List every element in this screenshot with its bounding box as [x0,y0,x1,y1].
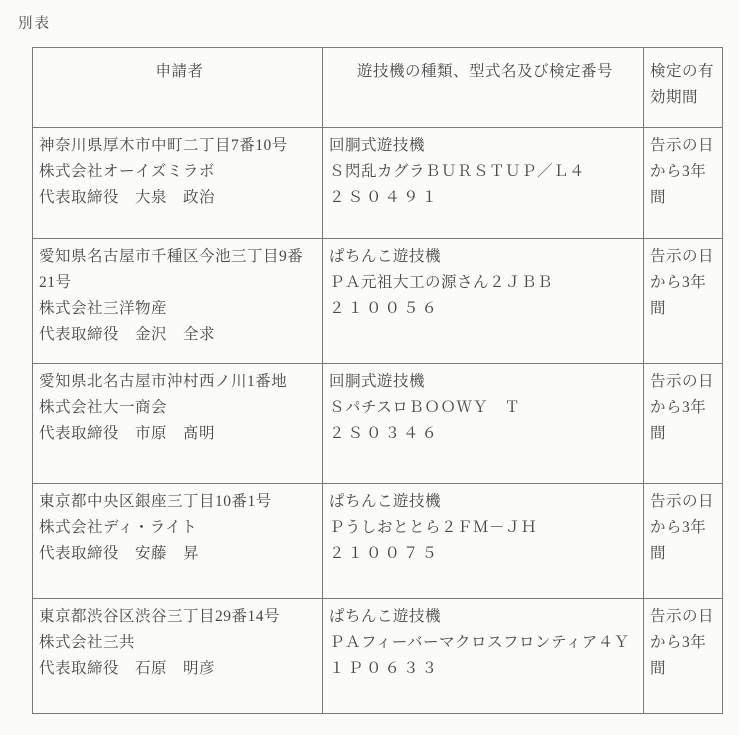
machine-model-line: ＳパチスロＢＯＯＷＹ Ｔ [329,395,641,421]
validity-line: 間 [650,541,720,567]
machine-cell: ぱちんこ遊技機 Ｐうしおととら２ＦＭ－ＪＨ ２１００７５ [323,484,644,599]
header-machine-cell: 遊技機の種類、型式名及び検定番号 [323,48,644,128]
applicant-address-line: 東京都中央区銀座三丁目10番1号 [39,489,320,515]
validity-line: 間 [650,185,720,211]
validity-cell: 告示の日 から3年 間 [644,599,723,714]
applicant-company-line: 株式会社大一商会 [39,395,320,421]
machine-cert-number-line: ２１００７５ [329,541,641,567]
header-applicant: 申請者 [39,59,320,85]
validity-line: から3年 [650,395,720,421]
machine-type-line: ぱちんこ遊技機 [329,604,641,630]
machine-model-line: Ｐうしおととら２ＦＭ－ＪＨ [329,515,641,541]
header-validity-cell: 検定の有 効期間 [644,48,723,128]
header-validity-line: 効期間 [650,85,720,111]
validity-cell: 告示の日 から3年 間 [644,364,723,484]
applicant-representative-line: 代表取締役 金沢 全求 [39,322,320,348]
applicant-address-line: 神奈川県厚木市中町二丁目7番10号 [39,133,320,159]
applicant-company-line: 株式会社三洋物産 [39,296,320,322]
table-row: 東京都渋谷区渋谷三丁目29番14号 株式会社三共 代表取締役 石原 明彦 ぱちん… [33,599,723,714]
machine-cell: ぱちんこ遊技機 ＰＡフィーバーマクロスフロンティア４Ｙ １Ｐ０６３３ [323,599,644,714]
applicant-company-line: 株式会社オーイズミラボ [39,159,320,185]
validity-line: 間 [650,656,720,682]
validity-cell: 告示の日 から3年 間 [644,128,723,239]
machine-type-line: ぱちんこ遊技機 [329,489,641,515]
validity-line: から3年 [650,159,720,185]
table-row: 東京都中央区銀座三丁目10番1号 株式会社ディ・ライト 代表取締役 安藤 昇 ぱ… [33,484,723,599]
validity-line: 告示の日 [650,604,720,630]
applicant-address-line: 21号 [39,270,320,296]
table-header-row: 申請者 遊技機の種類、型式名及び検定番号 検定の有 効期間 [33,48,723,128]
applicant-cell: 東京都渋谷区渋谷三丁目29番14号 株式会社三共 代表取締役 石原 明彦 [33,599,323,714]
validity-line: 間 [650,421,720,447]
validity-line: 告示の日 [650,244,720,270]
machine-model-line: Ｓ閃乱カグラＢＵＲＳＴＵＰ／Ｌ４ [329,159,641,185]
header-validity-line: 検定の有 [650,59,720,85]
applicant-representative-line: 代表取締役 大泉 政治 [39,185,320,211]
applicant-company-line: 株式会社三共 [39,630,320,656]
header-applicant-cell: 申請者 [33,48,323,128]
applicant-address-line: 愛知県名古屋市千種区今池三丁目9番 [39,244,320,270]
applicant-representative-line: 代表取締役 安藤 昇 [39,541,320,567]
machine-type-line: ぱちんこ遊技機 [329,244,641,270]
applicant-cell: 東京都中央区銀座三丁目10番1号 株式会社ディ・ライト 代表取締役 安藤 昇 [33,484,323,599]
machine-cert-number-line: １Ｐ０６３３ [329,656,641,682]
machine-cert-number-line: ２１００５６ [329,296,641,322]
header-machine: 遊技機の種類、型式名及び検定番号 [329,59,641,85]
machine-model-line: ＰＡフィーバーマクロスフロンティア４Ｙ [329,630,641,656]
machine-type-line: 回胴式遊技機 [329,369,641,395]
applicant-address-line: 東京都渋谷区渋谷三丁目29番14号 [39,604,320,630]
machine-type-line: 回胴式遊技機 [329,133,641,159]
validity-line: 告示の日 [650,133,720,159]
validity-cell: 告示の日 から3年 間 [644,239,723,364]
applicant-cell: 愛知県北名古屋市沖村西ノ川1番地 株式会社大一商会 代表取締役 市原 髙明 [33,364,323,484]
validity-line: から3年 [650,270,720,296]
validity-line: から3年 [650,515,720,541]
machine-cell: 回胴式遊技機 ＳパチスロＢＯＯＷＹ Ｔ ２Ｓ０３４６ [323,364,644,484]
machine-cert-number-line: ２Ｓ０３４６ [329,421,641,447]
applicant-cell: 神奈川県厚木市中町二丁目7番10号 株式会社オーイズミラボ 代表取締役 大泉 政… [33,128,323,239]
validity-line: 告示の日 [650,369,720,395]
validity-cell: 告示の日 から3年 間 [644,484,723,599]
applicant-cell: 愛知県名古屋市千種区今池三丁目9番 21号 株式会社三洋物産 代表取締役 金沢 … [33,239,323,364]
applicant-representative-line: 代表取締役 石原 明彦 [39,656,320,682]
applicant-representative-line: 代表取締役 市原 髙明 [39,421,320,447]
applicant-address-line: 愛知県北名古屋市沖村西ノ川1番地 [39,369,320,395]
machine-model-line: ＰＡ元祖大工の源さん２ＪＢＢ [329,270,641,296]
certification-table: 申請者 遊技機の種類、型式名及び検定番号 検定の有 効期間 神奈川県厚木市中町二… [32,47,723,714]
applicant-company-line: 株式会社ディ・ライト [39,515,320,541]
appendix-label: 別表 [18,12,51,33]
table-row: 愛知県北名古屋市沖村西ノ川1番地 株式会社大一商会 代表取締役 市原 髙明 回胴… [33,364,723,484]
validity-line: 告示の日 [650,489,720,515]
machine-cert-number-line: ２Ｓ０４９１ [329,185,641,211]
table-row: 愛知県名古屋市千種区今池三丁目9番 21号 株式会社三洋物産 代表取締役 金沢 … [33,239,723,364]
scanned-document-page: 別表 申請者 遊技機の種類、型式名及び検定番号 検定の有 効期間 [0,0,739,735]
machine-cell: 回胴式遊技機 Ｓ閃乱カグラＢＵＲＳＴＵＰ／Ｌ４ ２Ｓ０４９１ [323,128,644,239]
validity-line: 間 [650,296,720,322]
machine-cell: ぱちんこ遊技機 ＰＡ元祖大工の源さん２ＪＢＢ ２１００５６ [323,239,644,364]
table-row: 神奈川県厚木市中町二丁目7番10号 株式会社オーイズミラボ 代表取締役 大泉 政… [33,128,723,239]
validity-line: から3年 [650,630,720,656]
